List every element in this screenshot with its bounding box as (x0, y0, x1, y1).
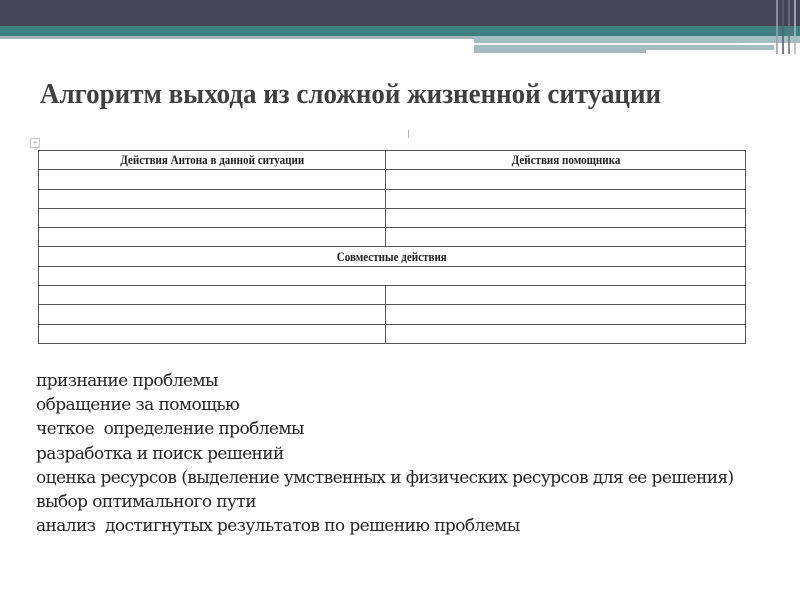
text-cursor-mark (408, 130, 409, 138)
table-row (39, 170, 746, 189)
header-vertical-line (782, 0, 784, 54)
table-row (39, 305, 746, 324)
list-item: четкое определение проблемы (36, 417, 736, 441)
column-header-helper: Действия помощника (386, 151, 746, 170)
move-handle-icon[interactable]: + (30, 138, 40, 148)
table-cell[interactable] (386, 228, 746, 247)
table-cell[interactable] (386, 305, 746, 324)
column-header-anton: Действия Антона в данной ситуации (39, 151, 386, 170)
header-vertical-line (788, 0, 790, 54)
table-cell[interactable] (39, 286, 386, 305)
header-band-teal (0, 26, 800, 36)
header-strip-right (474, 36, 800, 43)
list-item: обращение за помощью (36, 393, 736, 417)
table-row (39, 324, 746, 343)
table-cell[interactable] (39, 228, 386, 247)
list-item: разработка и поиск решений (36, 442, 736, 466)
list-item: выбор оптимального пути (36, 490, 736, 514)
table-cell[interactable] (386, 208, 746, 227)
steps-list: признание проблемы обращение за помощью … (36, 369, 736, 538)
joint-actions-label: Совместные действия (337, 249, 447, 265)
header-strip-left (0, 36, 474, 39)
joint-actions-heading-row: Совместные действия (39, 247, 746, 266)
table-row (39, 189, 746, 208)
column-header-label: Действия Антона в данной ситуации (120, 152, 304, 168)
table-row (39, 228, 746, 247)
list-item: признание проблемы (36, 369, 736, 393)
table-cell[interactable] (39, 208, 386, 227)
list-item: оценка ресурсов (выделение умственных и … (36, 466, 736, 490)
table-cell[interactable] (39, 305, 386, 324)
table-cell[interactable] (386, 324, 746, 343)
table-cell[interactable] (39, 189, 386, 208)
header-vertical-line (794, 0, 796, 54)
header-vertical-line (776, 0, 778, 54)
table-cell[interactable] (39, 324, 386, 343)
joint-actions-heading: Совместные действия (39, 247, 746, 266)
table-header-row: Действия Антона в данной ситуации Действ… (39, 151, 746, 170)
actions-table: Действия Антона в данной ситуации Действ… (38, 150, 746, 344)
column-header-label: Действия помощника (511, 152, 620, 168)
table-cell[interactable] (386, 189, 746, 208)
table-row (39, 286, 746, 305)
slide-title: Алгоритм выхода из сложной жизненной сит… (40, 78, 661, 111)
table-cell[interactable] (386, 286, 746, 305)
table-cell[interactable] (39, 170, 386, 189)
table-row (39, 208, 746, 227)
header-band-dark (0, 0, 800, 26)
table-cell-merged[interactable] (39, 266, 746, 285)
table-cell[interactable] (386, 170, 746, 189)
header-strip-right-short (474, 50, 646, 53)
list-item: анализ достигнутых результатов по решени… (36, 514, 736, 538)
table-row (39, 266, 746, 285)
